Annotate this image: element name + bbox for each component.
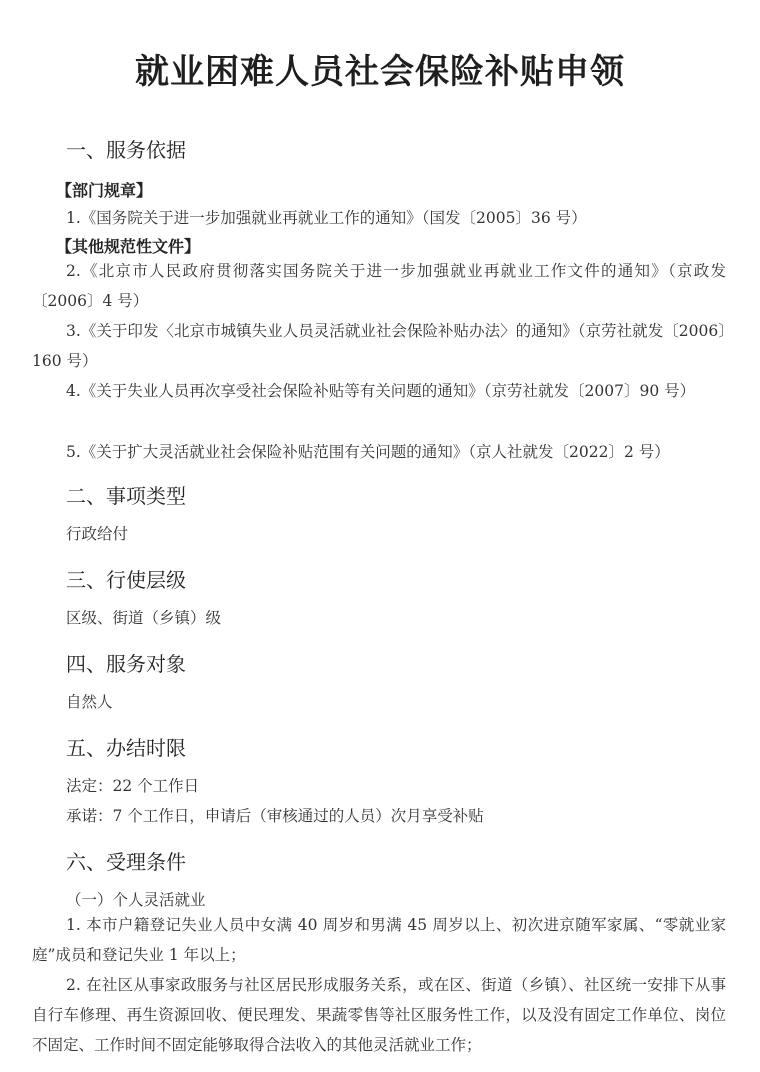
conditions-item-1: 1. 本市户籍登记失业人员中女满 40 周岁和男满 45 周岁以上、初次进京随军… [32,910,726,970]
section-heading-target: 四、服务对象 [66,648,186,677]
section-heading-basis: 一、服务依据 [66,134,186,163]
group-label-regulations: 【部门规章】 [56,178,152,201]
section-heading-timelimit: 五、办结时限 [66,732,186,761]
basis-item-2: 2.《北京市人民政府贯彻落实国务院关于进一步加强就业再就业工作文件的通知》（京政… [32,256,726,316]
page-title: 就业困难人员社会保险补贴申领 [0,44,760,93]
group-label-other-docs: 【其他规范性文件】 [56,234,200,257]
section-heading-type: 二、事项类型 [66,480,186,509]
basis-item-1: 1.《国务院关于进一步加强就业再就业工作的通知》（国发〔2005〕36 号） [66,206,587,228]
conditions-item-2: 2. 在社区从事家政服务与社区居民形成服务关系，或在区、街道（乡镇）、社区统一安… [32,970,726,1060]
target-value: 自然人 [66,690,113,712]
timelimit-legal: 法定：22 个工作日 [66,774,199,796]
basis-item-3: 3.《关于印发〈北京市城镇失业人员灵活就业社会保险补贴办法〉的通知》（京劳社就发… [32,316,726,376]
conditions-subheading-1: （一）个人灵活就业 [66,888,206,910]
timelimit-promise: 承诺：7 个工作日，申请后（审核通过的人员）次月享受补贴 [66,804,484,826]
section-heading-conditions: 六、受理条件 [66,846,186,875]
section-heading-level: 三、行使层级 [66,564,186,593]
type-value: 行政给付 [66,522,128,544]
basis-item-5: 5.《关于扩大灵活就业社会保险补贴范围有关问题的通知》（京人社就发〔2022〕2… [66,440,670,462]
basis-item-4: 4.《关于失业人员再次享受社会保险补贴等有关问题的通知》（京劳社就发〔2007〕… [32,376,726,406]
level-value: 区级、街道（乡镇）级 [66,606,221,628]
